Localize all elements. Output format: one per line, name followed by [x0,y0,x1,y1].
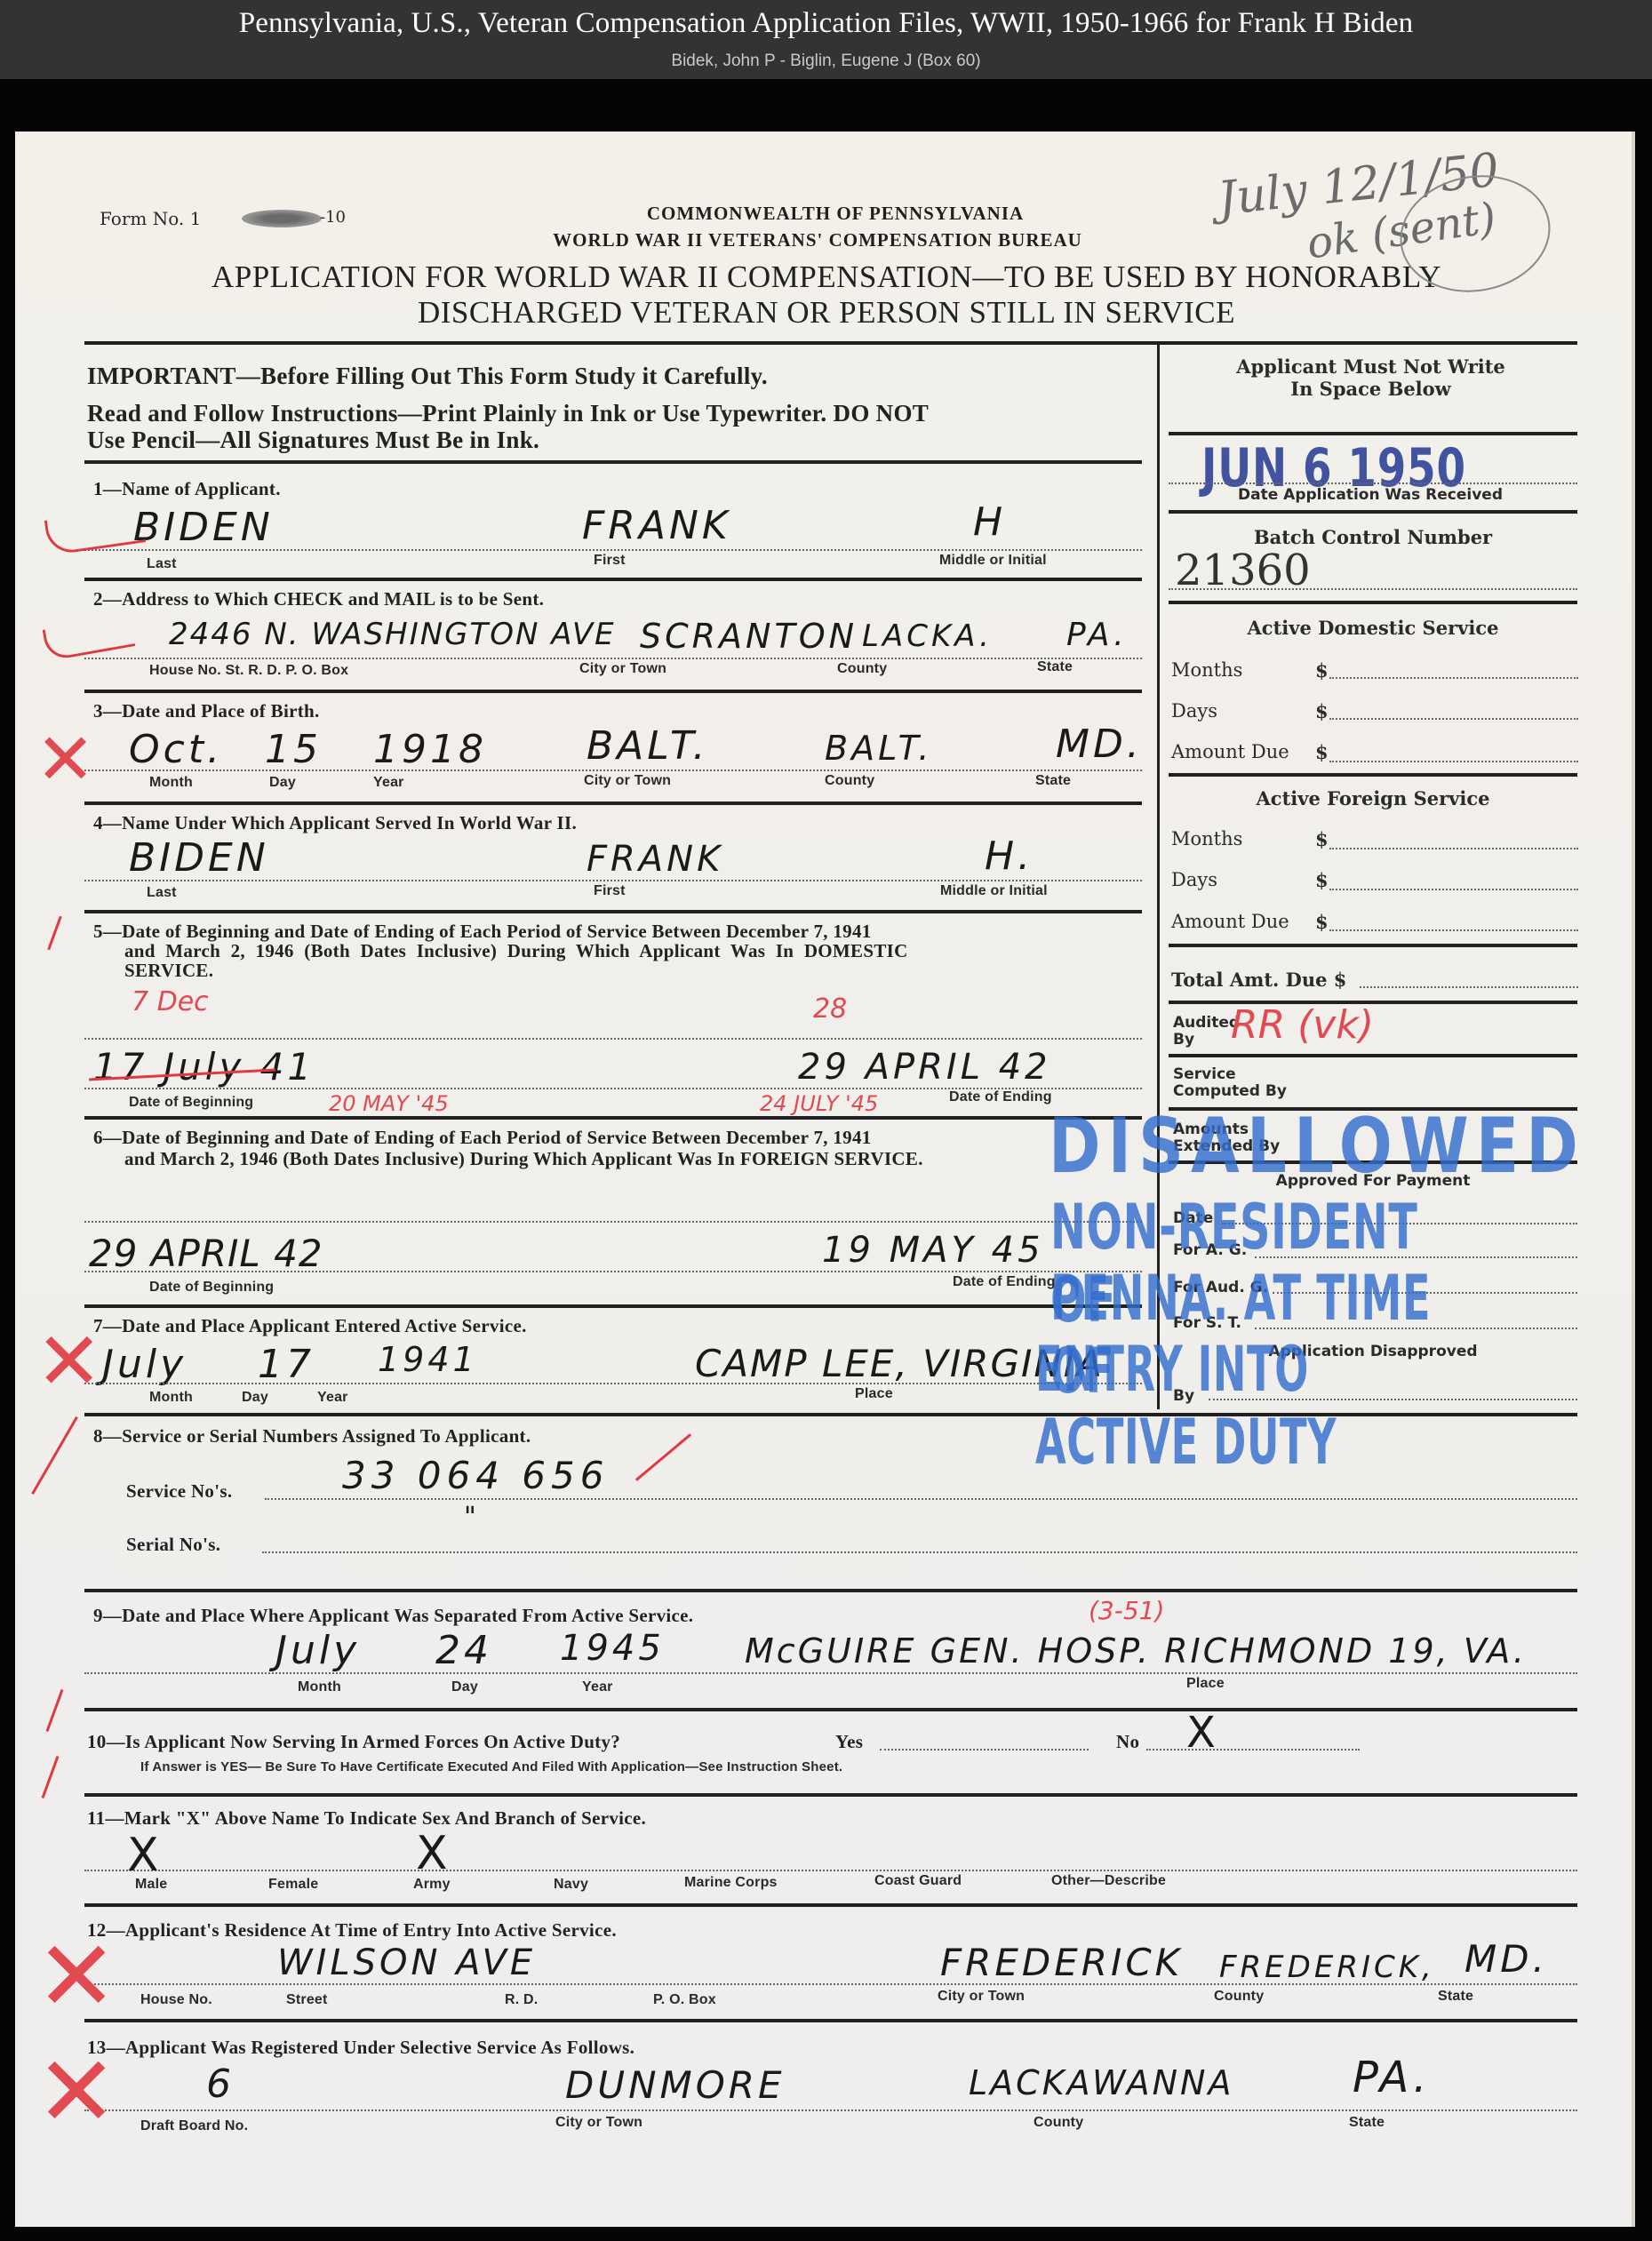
residence-county[interactable]: FREDERICK, [1219,1950,1435,1985]
yes-field[interactable] [880,1749,1089,1751]
fill-line [84,880,1142,881]
caption-day: Day [242,1390,268,1406]
caption-year: Year [317,1390,348,1406]
caption-city: City or Town [584,773,671,789]
birth-county[interactable]: BALT. [825,729,932,768]
domestic-amount-field[interactable] [1329,761,1578,762]
caption-county: County [1214,1989,1264,2005]
section-8-label: 8—Service or Serial Numbers Assigned To … [93,1425,531,1447]
agency-line-2: WORLD WAR II VETERANS' COMPENSATION BURE… [462,229,1173,251]
domestic-title: Active Domestic Service [1164,617,1582,639]
entered-month[interactable]: July [102,1342,187,1387]
mail-county[interactable]: LACKA. [862,618,993,654]
stamp-line-4: ENTRY INTO ACTIVE DUTY [1035,1333,1430,1479]
domestic-days-label: Days [1171,700,1217,722]
dollar-sign: $ [1315,659,1329,682]
caption-end: Date of Ending [949,1089,1052,1105]
foreign-months-field[interactable] [1329,848,1578,849]
divider [84,910,1142,913]
caption-place: Place [855,1386,893,1402]
caption-state: State [1037,659,1073,675]
separated-month[interactable]: July [275,1628,360,1673]
caption-month: Month [149,1390,193,1406]
served-last-name[interactable]: BIDEN [129,835,269,881]
birth-state[interactable]: MD. [1056,722,1143,767]
served-first-name[interactable]: FRANK [587,839,723,880]
birth-year[interactable]: 1918 [373,727,487,772]
caption-city: City or Town [579,661,666,677]
caption-state: State [1438,1989,1473,2005]
caption-draft-board: Draft Board No. [140,2118,248,2134]
caption-day: Day [269,775,296,791]
divider [1169,1054,1577,1057]
yes-label: Yes [835,1731,863,1753]
section-9-label: 9—Date and Place Where Applicant Was Sep… [93,1605,693,1627]
residence-city[interactable]: FREDERICK [940,1941,1183,1984]
caption-last: Last [147,556,177,572]
entered-day[interactable]: 17 [258,1342,315,1387]
section-13-label: 13—Applicant Was Registered Under Select… [87,2037,634,2059]
important-line-1: IMPORTANT—Before Filling Out This Form S… [87,363,768,390]
draft-city[interactable]: DUNMORE [565,2063,786,2107]
option-male[interactable]: Male [135,1877,167,1893]
total-due-field[interactable] [1360,986,1578,988]
dollar-sign: $ [1315,911,1329,933]
serial-no-label: Serial No's. [126,1534,220,1556]
section-1-label: 1—Name of Applicant. [93,478,281,500]
form-number: Form No. 1 [100,208,201,229]
section-5-label-line-3: SERVICE. [124,960,213,982]
fill-line [84,1983,1577,1985]
section-4-label: 4—Name Under Which Applicant Served In W… [93,812,577,834]
record-title: Pennsylvania, U.S., Veteran Compensation… [0,7,1652,40]
foreign-days-label: Days [1171,869,1217,890]
red-x-mark-icon: ✕ [36,1919,117,2033]
divider [84,460,1142,464]
caption-state: State [1035,773,1071,789]
total-due-label: Total Amt. Due $ [1171,969,1346,991]
birth-month[interactable]: Oct. [129,727,223,772]
separated-year[interactable]: 1945 [560,1628,665,1669]
foreign-days-field[interactable] [1329,889,1578,890]
red-note-separation: (3-51) [1089,1596,1164,1625]
divider [84,690,1142,693]
no-mark[interactable]: X [1186,1708,1219,1758]
fill-line [84,1870,1577,1871]
caption-house-no: House No. [140,1992,212,2008]
dollar-sign: $ [1315,700,1329,722]
dollar-sign: $ [1315,741,1329,763]
office-header-line-1: Applicant Must Not Write [1164,355,1577,378]
divider [1169,510,1577,514]
section-6-label-line-2: and March 2, 1946 (Both Dates Inclusive)… [124,1148,923,1170]
stamp-line-1: DISALLOWED [1049,1102,1585,1191]
foreign-end-date[interactable]: 19 MAY 45 [822,1230,1044,1271]
applicant-middle-initial[interactable]: H [973,499,1006,545]
fill-line [84,2109,1577,2111]
red-note-1: 20 MAY '45 [329,1091,449,1116]
caption-year: Year [582,1679,613,1695]
union-label-icon [242,210,322,227]
divider [84,801,1142,805]
caption-street: House No. St. R. D. P. O. Box [149,663,348,679]
fill-line [1169,588,1577,590]
caption-first: First [594,883,626,899]
section-12-label: 12—Applicant's Residence At Time of Entr… [87,1919,617,1942]
fill-line [84,1038,1142,1040]
section-2-label: 2—Address to Which CHECK and MAIL is to … [93,588,544,610]
important-line-2: Read and Follow Instructions—Print Plain… [87,400,929,427]
fill-line [84,1221,1142,1223]
foreign-amount-field[interactable] [1329,929,1578,931]
fill-line [262,1551,1577,1553]
option-other[interactable]: Other—Describe [1051,1873,1166,1889]
red-x-mark-icon: ✕ [36,718,95,801]
caption-state: State [1349,2115,1385,2131]
domestic-days-field[interactable] [1329,718,1578,720]
foreign-amount-label: Amount Due [1171,911,1289,932]
divider [1169,944,1577,947]
red-x-mark-icon: ✕ [36,1315,102,1408]
fill-line [84,549,1142,551]
separated-day[interactable]: 24 [435,1628,492,1673]
service-no-value[interactable]: 33 064 656 [342,1454,609,1497]
dollar-sign: $ [1315,869,1329,891]
served-middle-initial[interactable]: H. [985,833,1033,879]
divider [84,578,1142,581]
caption-county: County [1033,2115,1083,2131]
fill-line [84,1672,1577,1674]
caption-middle: Middle or Initial [939,553,1047,569]
applicant-first-name[interactable]: FRANK [582,503,731,548]
caption-middle: Middle or Initial [940,883,1048,899]
fill-line [1169,482,1577,484]
option-marine-corps[interactable]: Marine Corps [684,1875,778,1891]
caption-po-box: P. O. Box [653,1992,716,2008]
male-mark[interactable]: X [127,1829,163,1882]
divider [84,1116,1142,1120]
draft-state[interactable]: PA. [1353,2053,1431,2102]
applicant-last-name[interactable]: BIDEN [133,505,274,550]
divider [84,1708,1577,1711]
divider [84,1589,1577,1592]
birth-city[interactable]: BALT. [587,723,708,769]
fill-line [84,1271,1142,1272]
no-field[interactable] [1146,1749,1360,1751]
birth-day[interactable]: 15 [265,727,322,772]
fill-line [84,770,1142,771]
draft-board-no[interactable]: 6 [206,2062,235,2107]
agency-line-1: COMMONWEALTH OF PENNSYLVANIA [498,203,1173,225]
section-5-label-line-2: and March 2, 1946 (Both Dates Inclusive)… [124,940,908,962]
foreign-begin-date[interactable]: 29 APRIL 42 [89,1232,323,1275]
foreign-months-label: Months [1171,828,1242,849]
mail-state[interactable]: PA. [1066,617,1128,653]
entered-year[interactable]: 1941 [378,1340,478,1379]
record-subtitle: Bidek, John P - Biglin, Eugene J (Box 60… [0,52,1652,71]
caption-rd: R. D. [505,1992,538,2008]
caption-month: Month [149,775,193,791]
caption-county: County [825,773,874,789]
section-10-label: 10—Is Applicant Now Serving In Armed For… [87,1731,620,1753]
fill-line [84,1383,1142,1384]
mail-street[interactable]: 2446 N. WASHINGTON AVE [169,617,616,652]
caption-city: City or Town [938,1989,1025,2005]
divider [84,1304,1142,1308]
divider [1169,773,1577,777]
fill-line [265,1498,1577,1500]
office-header: Applicant Must Not Write In Space Below [1164,355,1577,400]
red-note-2: 24 JULY '45 [760,1091,878,1116]
option-coast-guard[interactable]: Coast Guard [874,1873,962,1889]
form-heading-line-2: DISCHARGED VETERAN OR PERSON STILL IN SE… [107,295,1546,331]
section-11-label: 11—Mark "X" Above Name To Indicate Sex A… [87,1807,646,1830]
divider [84,1793,1577,1797]
important-line-3: Use Pencil—All Signatures Must Be in Ink… [87,427,539,454]
residence-state[interactable]: MD. [1464,1937,1548,1981]
option-army[interactable]: Army [413,1877,451,1893]
foreign-title: Active Foreign Service [1164,787,1582,809]
date-received-caption: Date Application Was Received [1238,487,1503,504]
caption-county: County [837,661,887,677]
domestic-begin-date[interactable]: 17 July 41 [93,1045,315,1089]
divider [84,2019,1577,2022]
red-correction-end: 28 [813,993,847,1025]
caption-month: Month [298,1679,341,1695]
caption-city: City or Town [555,2115,642,2131]
draft-county[interactable]: LACKAWANNA [969,2063,1233,2102]
caption-street: Street [286,1992,328,2008]
caption-first: First [594,553,626,569]
divider [84,1903,1577,1907]
audited-initials: RR (vk) [1231,1002,1374,1048]
dollar-sign: $ [1315,828,1329,850]
form-suffix: -10 [320,208,346,227]
no-label: No [1116,1731,1139,1753]
office-header-line-2: In Space Below [1164,378,1577,400]
divider [1169,432,1577,435]
section-3-label: 3—Date and Place of Birth. [93,700,320,722]
option-female[interactable]: Female [268,1877,318,1893]
caption-year: Year [373,775,404,791]
domestic-amount-label: Amount Due [1171,741,1289,762]
caption-place: Place [1186,1676,1225,1692]
caption-begin: Date of Beginning [149,1280,274,1296]
service-computed-label: Service Computed By [1173,1066,1297,1100]
red-x-mark-icon: ✕ [36,2035,117,2149]
section-6-label: 6—Date of Beginning and Date of Ending o… [93,1127,872,1149]
red-correction-begin: 7 Dec [132,986,209,1017]
divider [84,341,1577,345]
domestic-months-label: Months [1171,659,1242,681]
caption-begin: Date of Beginning [129,1095,253,1111]
domestic-end-date[interactable]: 29 APRIL 42 [798,1047,1051,1088]
section-10-note: If Answer is YES— Be Sure To Have Certif… [140,1759,842,1774]
caption-end: Date of Ending [953,1274,1056,1290]
divider [1169,601,1577,604]
army-mark[interactable]: X [416,1827,451,1880]
fill-line [84,658,1142,659]
service-no-label: Service No's. [126,1480,232,1503]
domestic-months-field[interactable] [1329,677,1578,679]
option-navy[interactable]: Navy [554,1877,588,1893]
serial-no-value[interactable]: " [464,1502,480,1533]
caption-last: Last [147,885,177,901]
mail-city[interactable]: SCRANTON [640,617,858,656]
residence-street[interactable]: WILSON AVE [277,1942,536,1983]
separated-place[interactable]: McGUIRE GEN. HOSP. RICHMOND 19, VA. [745,1631,1527,1671]
section-7-label: 7—Date and Place Applicant Entered Activ… [93,1315,527,1337]
viewer-header: Pennsylvania, U.S., Veteran Compensation… [0,0,1652,79]
caption-day: Day [451,1679,478,1695]
